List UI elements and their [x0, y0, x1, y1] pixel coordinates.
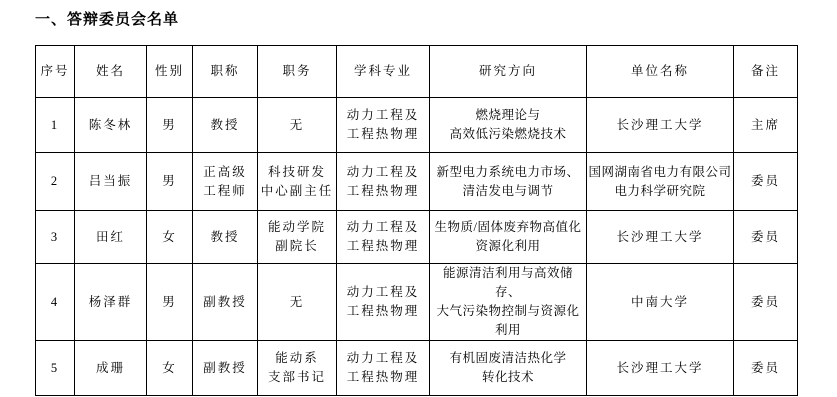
- cell-research: 有机固废清洁热化学 转化技术: [430, 341, 587, 396]
- cell-research: 能源清洁利用与高效储存、 大气污染物控制与资源化 利用: [430, 264, 587, 341]
- table-header-row: 序号 姓名 性别 职称 职务 学科专业 研究方向 单位名称 备注: [36, 46, 798, 98]
- cell-note: 主席: [734, 98, 798, 153]
- col-header-org: 单位名称: [587, 46, 734, 98]
- cell-research: 生物质/固体废弃物高值化 资源化利用: [430, 211, 587, 264]
- cell-note: 委员: [734, 153, 798, 211]
- cell-note: 委员: [734, 341, 798, 396]
- cell-major: 动力工程及 工程热物理: [337, 264, 430, 341]
- table-row: 1 陈冬林 男 教授 无 动力工程及 工程热物理 燃烧理论与 高效低污染燃烧技术…: [36, 98, 798, 153]
- col-header-position: 职务: [258, 46, 337, 98]
- cell-position: 无: [258, 98, 337, 153]
- cell-title: 副教授: [193, 264, 258, 341]
- cell-position: 科技研发 中心副主任: [258, 153, 337, 211]
- col-header-note: 备注: [734, 46, 798, 98]
- cell-name: 成珊: [75, 341, 147, 396]
- col-header-no: 序号: [36, 46, 75, 98]
- table-row: 2 吕当振 男 正高级 工程师 科技研发 中心副主任 动力工程及 工程热物理 新…: [36, 153, 798, 211]
- cell-research: 新型电力系统电力市场、 清洁发电与调节: [430, 153, 587, 211]
- cell-name: 吕当振: [75, 153, 147, 211]
- document-page: 一、答辩委员会名单 序号 姓名 性别 职称 职务 学科专业 研究方向 单位名称 …: [0, 0, 837, 397]
- cell-title: 正高级 工程师: [193, 153, 258, 211]
- cell-major: 动力工程及 工程热物理: [337, 153, 430, 211]
- table-row: 4 杨泽群 男 副教授 无 动力工程及 工程热物理 能源清洁利用与高效储存、 大…: [36, 264, 798, 341]
- cell-position: 无: [258, 264, 337, 341]
- cell-gender: 女: [147, 341, 193, 396]
- table-row: 5 成珊 女 副教授 能动系 支部书记 动力工程及 工程热物理 有机固废清洁热化…: [36, 341, 798, 396]
- table-row: 3 田红 女 教授 能动学院 副院长 动力工程及 工程热物理 生物质/固体废弃物…: [36, 211, 798, 264]
- cell-title: 副教授: [193, 341, 258, 396]
- cell-name: 杨泽群: [75, 264, 147, 341]
- cell-major: 动力工程及 工程热物理: [337, 211, 430, 264]
- cell-no: 3: [36, 211, 75, 264]
- cell-org: 长沙理工大学: [587, 211, 734, 264]
- cell-name: 田红: [75, 211, 147, 264]
- col-header-title: 职称: [193, 46, 258, 98]
- cell-no: 2: [36, 153, 75, 211]
- cell-title: 教授: [193, 211, 258, 264]
- cell-no: 1: [36, 98, 75, 153]
- cell-position: 能动学院 副院长: [258, 211, 337, 264]
- cell-gender: 女: [147, 211, 193, 264]
- col-header-gender: 性别: [147, 46, 193, 98]
- cell-note: 委员: [734, 211, 798, 264]
- cell-org: 长沙理工大学: [587, 341, 734, 396]
- cell-position: 能动系 支部书记: [258, 341, 337, 396]
- cell-org: 中南大学: [587, 264, 734, 341]
- col-header-research: 研究方向: [430, 46, 587, 98]
- cell-org: 国网湖南省电力有限公司 电力科学研究院: [587, 153, 734, 211]
- cell-no: 5: [36, 341, 75, 396]
- cell-title: 教授: [193, 98, 258, 153]
- cell-major: 动力工程及 工程热物理: [337, 341, 430, 396]
- col-header-major: 学科专业: [337, 46, 430, 98]
- cell-major: 动力工程及 工程热物理: [337, 98, 430, 153]
- cell-note: 委员: [734, 264, 798, 341]
- col-header-name: 姓名: [75, 46, 147, 98]
- cell-gender: 男: [147, 264, 193, 341]
- cell-org: 长沙理工大学: [587, 98, 734, 153]
- committee-table: 序号 姓名 性别 职称 职务 学科专业 研究方向 单位名称 备注 1 陈冬林 男…: [35, 45, 798, 396]
- section-title: 一、答辩委员会名单: [35, 8, 179, 29]
- cell-research: 燃烧理论与 高效低污染燃烧技术: [430, 98, 587, 153]
- cell-no: 4: [36, 264, 75, 341]
- cell-gender: 男: [147, 98, 193, 153]
- cell-gender: 男: [147, 153, 193, 211]
- cell-name: 陈冬林: [75, 98, 147, 153]
